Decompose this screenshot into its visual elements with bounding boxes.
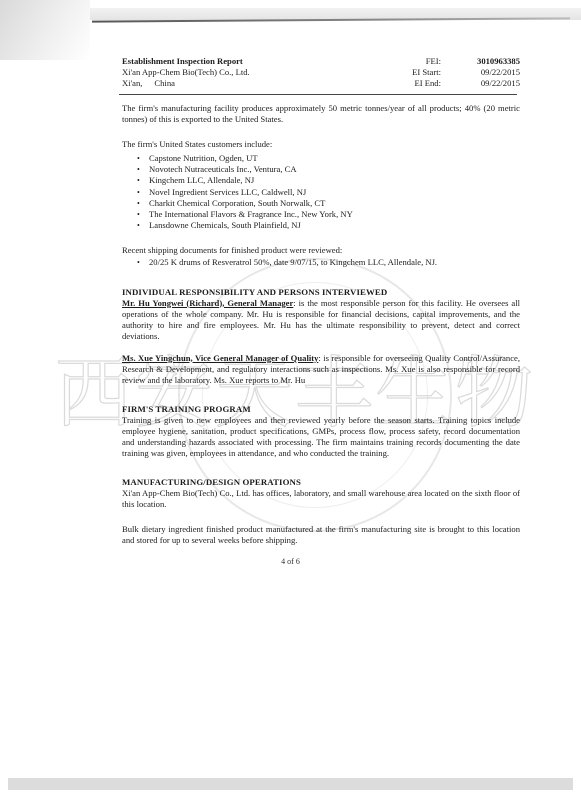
header-row-3: Xi'an,China EI End: 09/22/2015 <box>122 78 532 89</box>
ei-start-value: 09/22/2015 <box>455 67 520 78</box>
person-name: Mr. Hu Yongwei (Richard), General Manage… <box>122 298 293 308</box>
scan-bottom-band <box>8 778 573 790</box>
person-paragraph: Ms. Xue Yingchun, Vice General Manager o… <box>122 353 520 386</box>
firm-name: Xi'an App-Chem Bio(Tech) Co., Ltd. <box>122 67 250 78</box>
list-item: Kingchem LLC, Allendale, NJ <box>137 175 532 186</box>
firm-location: Xi'an,China <box>122 78 175 89</box>
list-item: The International Flavors & Fragrance In… <box>137 209 532 220</box>
list-item: Capstone Nutrition, Ogden, UT <box>137 153 532 164</box>
ei-end-value: 09/22/2015 <box>455 78 520 89</box>
fei-label: FEI: <box>391 56 441 67</box>
header-row-1: Establishment Inspection Report FEI: 301… <box>122 56 532 67</box>
ei-end-label: EI End: <box>391 78 441 89</box>
report-header: Establishment Inspection Report FEI: 301… <box>122 56 532 95</box>
header-row-2: Xi'an App-Chem Bio(Tech) Co., Ltd. EI St… <box>122 67 532 78</box>
training-paragraph: Training is given to new employees and t… <box>122 415 520 459</box>
scan-shadow <box>0 0 90 60</box>
list-item: Novel Ingredient Services LLC, Caldwell,… <box>137 187 532 198</box>
person-name: Ms. Xue Yingchun, Vice General Manager o… <box>122 353 318 363</box>
section-heading-responsibility: INDIVIDUAL RESPONSIBILITY AND PERSONS IN… <box>122 287 532 298</box>
section-heading-manufacturing: MANUFACTURING/DESIGN OPERATIONS <box>122 477 532 488</box>
header-divider <box>119 94 517 95</box>
manufacturing-paragraph: Xi'an App-Chem Bio(Tech) Co., Ltd. has o… <box>122 488 520 510</box>
shipping-list: 20/25 K drums of Resveratrol 50%, date 9… <box>122 257 532 268</box>
list-item: 20/25 K drums of Resveratrol 50%, date 9… <box>137 257 532 268</box>
person-paragraph: Mr. Hu Yongwei (Richard), General Manage… <box>122 298 520 342</box>
report-title: Establishment Inspection Report <box>122 56 243 67</box>
list-item: Lansdowne Chemicals, South Plainfield, N… <box>137 220 532 231</box>
fei-value: 3010963385 <box>455 56 520 67</box>
customer-list: Capstone Nutrition, Ogden, UT Novotech N… <box>122 153 532 231</box>
list-item: Charkit Chemical Corporation, South Norw… <box>137 198 532 209</box>
list-item: Novotech Nutraceuticals Inc., Ventura, C… <box>137 164 532 175</box>
capacity-paragraph: The firm's manufacturing facility produc… <box>122 103 520 125</box>
document-page: Establishment Inspection Report FEI: 301… <box>122 56 532 546</box>
customers-intro: The firm's United States customers inclu… <box>122 139 532 150</box>
ei-start-label: EI Start: <box>391 67 441 78</box>
firm-country: China <box>154 78 175 88</box>
firm-city: Xi'an, <box>122 78 142 88</box>
page-number: 4 of 6 <box>0 557 581 566</box>
manufacturing-paragraph: Bulk dietary ingredient finished product… <box>122 524 520 546</box>
shipping-intro: Recent shipping documents for finished p… <box>122 245 532 256</box>
section-heading-training: FIRM'S TRAINING PROGRAM <box>122 404 532 415</box>
